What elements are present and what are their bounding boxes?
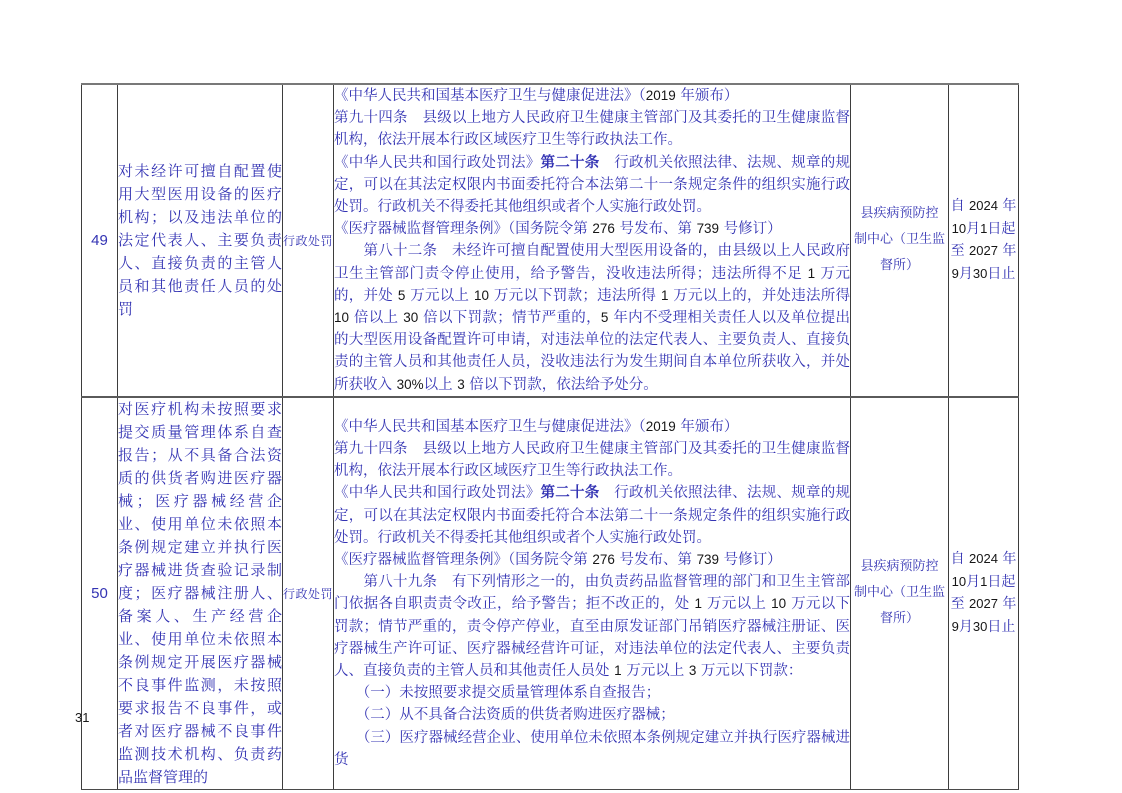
punishment-matter: 对医疗机构未按照要求提交质量管理体系自查报告；从不具备合法资质的供货者购进医疗器… [118,397,283,790]
row-number: 49 [82,84,118,397]
implementation-period: 自 2024 年10月1日起至 2027 年9月30日止 [949,397,1019,790]
document-page: 49 对未经许可擅自配置使用大型医用设备的医疗机构；以及违法单位的法定代表人、主… [0,0,1122,793]
penalty-type: 行政处罚 [283,84,334,397]
table-row: 50 对医疗机构未按照要求提交质量管理体系自查报告；从不具备合法资质的供货者购进… [82,397,1019,790]
punishment-matter: 对未经许可擅自配置使用大型医用设备的医疗机构；以及违法单位的法定代表人、主要负责… [118,84,283,397]
table-row: 49 对未经许可擅自配置使用大型医用设备的医疗机构；以及违法单位的法定代表人、主… [82,84,1019,397]
legal-basis: 《中华人民共和国基本医疗卫生与健康促进法》（2019 年颁布）第九十四条 县级以… [334,397,851,790]
page-number: 31 [75,710,89,725]
legal-basis: 《中华人民共和国基本医疗卫生与健康促进法》（2019 年颁布）第九十四条 县级以… [334,84,851,397]
implementing-unit: 县疾病预防控制中心（卫生监督所） [851,397,949,790]
implementation-period: 自 2024 年10月1日起至 2027 年9月30日止 [949,84,1019,397]
penalty-type: 行政处罚 [283,397,334,790]
row-number: 50 [82,397,118,790]
penalty-items-table: 49 对未经许可擅自配置使用大型医用设备的医疗机构；以及违法单位的法定代表人、主… [81,83,1019,790]
implementing-unit: 县疾病预防控制中心（卫生监督所） [851,84,949,397]
